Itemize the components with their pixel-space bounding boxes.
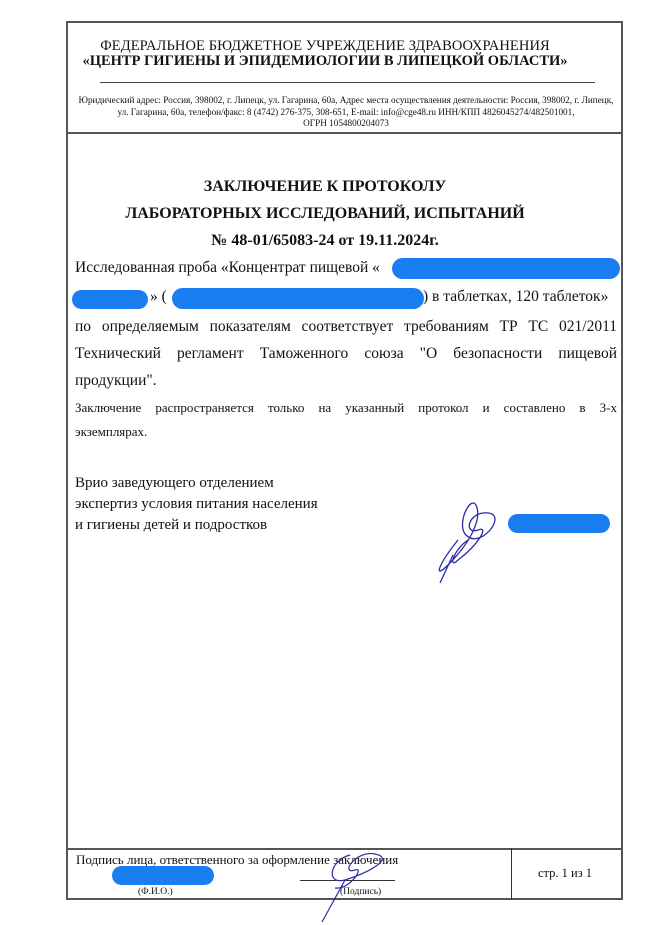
body-line-2-suffix: ) в таблетках, 120 таблеток»	[423, 288, 608, 306]
signatory-title: Врио заведующего отделением экспертиз ус…	[75, 473, 318, 536]
signatory-line-3: и гигиены детей и подростков	[75, 515, 318, 536]
address-line-1: Юридический адрес: Россия, 398002, г. Ли…	[70, 95, 622, 107]
body-line-2-mid: » (	[150, 288, 167, 306]
body-line-5: продукции".	[75, 372, 157, 390]
address-line-2: ул. Гагарина, 60а, телефон/факс: 8 (4742…	[70, 107, 622, 119]
page-number: стр. 1 из 1	[538, 866, 592, 881]
header-divider	[100, 82, 595, 83]
redaction-responsible-name	[112, 866, 214, 885]
note-line-2: экземплярах.	[75, 424, 617, 440]
redaction-signatory-name	[508, 514, 610, 533]
note-line-1: Заключение распространяется только на ук…	[75, 400, 617, 416]
signatory-line-2: экспертиз условия питания населения	[75, 494, 318, 515]
address-divider	[67, 132, 623, 134]
redaction-product-name-cont	[72, 290, 148, 309]
document-frame	[66, 21, 623, 900]
org-name-line2: «ЦЕНТР ГИГИЕНЫ И ЭПИДЕМИОЛОГИИ В ЛИПЕЦКО…	[0, 53, 650, 70]
org-address: Юридический адрес: Россия, 398002, г. Ли…	[70, 95, 622, 130]
redaction-product-name	[392, 258, 620, 279]
redaction-manufacturer	[172, 288, 424, 309]
footer-column-divider	[511, 848, 512, 900]
address-line-3: ОГРН 1054800204073	[70, 118, 622, 130]
body-line-1: Исследованная проба «Концентрат пищевой …	[75, 259, 380, 277]
name-caption: (Ф.И.О.)	[138, 887, 173, 897]
doc-title-line2: ЛАБОРАТОРНЫХ ИССЛЕДОВАНИЙ, ИСПЫТАНИЙ	[0, 205, 650, 223]
body-line-4: Технический регламент Таможенного союза …	[75, 345, 617, 363]
doc-title-number: № 48-01/65083-24 от 19.11.2024г.	[0, 232, 650, 250]
body-line-3: по определяемым показателям соответствуе…	[75, 318, 617, 336]
doc-title-line1: ЗАКЛЮЧЕНИЕ К ПРОТОКОЛУ	[0, 178, 650, 196]
signature-responsible-icon	[300, 850, 400, 925]
signature-head-icon	[428, 495, 528, 585]
signatory-line-1: Врио заведующего отделением	[75, 473, 318, 494]
